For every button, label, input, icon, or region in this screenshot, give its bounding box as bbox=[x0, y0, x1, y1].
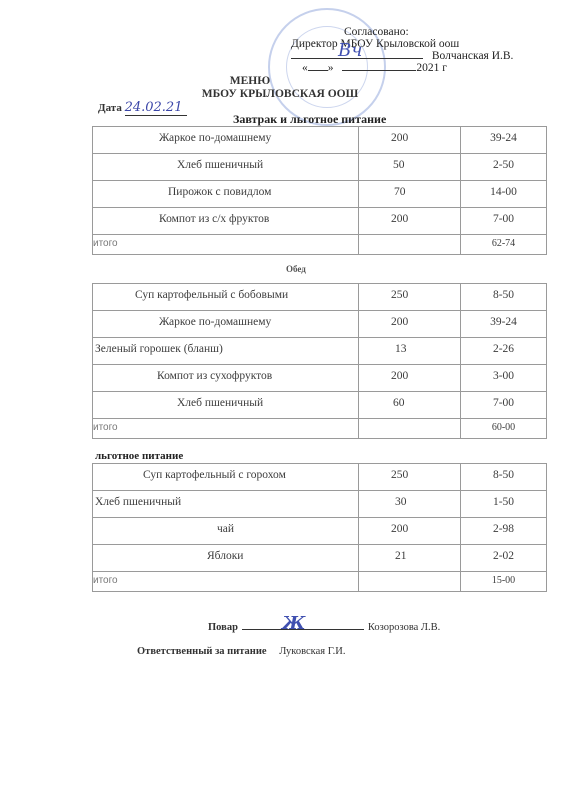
total-label: итого bbox=[93, 235, 359, 255]
total-row: итого 60-00 bbox=[93, 419, 547, 439]
dish-price: 2-98 bbox=[461, 518, 547, 545]
approval-signature-row: Волчанская И.В. bbox=[291, 50, 513, 62]
date-month-line bbox=[342, 70, 416, 71]
dish-price: 1-50 bbox=[461, 491, 547, 518]
total-qty-empty bbox=[359, 572, 461, 592]
cook-name: Козорозова Л.В. bbox=[368, 622, 440, 633]
dish-price: 39-24 bbox=[461, 127, 547, 154]
table-row: Пирожок с повидлом 70 14-00 bbox=[93, 181, 547, 208]
dish-price: 39-24 bbox=[461, 311, 547, 338]
date-quote-open: « bbox=[302, 62, 308, 74]
dish-name: Хлеб пшеничный bbox=[93, 392, 359, 419]
section-title-subsidized: льготное питание bbox=[95, 450, 183, 462]
total-qty-empty bbox=[359, 235, 461, 255]
table-row: Хлеб пшеничный 30 1-50 bbox=[93, 491, 547, 518]
table-row: чай 200 2-98 bbox=[93, 518, 547, 545]
dish-price: 3-00 bbox=[461, 365, 547, 392]
dish-qty: 200 bbox=[359, 208, 461, 235]
table-row: Жаркое по-домашнему 200 39-24 bbox=[93, 311, 547, 338]
dish-qty: 13 bbox=[359, 338, 461, 365]
director-signature: Вч bbox=[338, 40, 362, 61]
dish-name: Зеленый горошек (бланш) bbox=[93, 338, 359, 365]
dish-name: Суп картофельный с бобовыми bbox=[93, 284, 359, 311]
table-row: Хлеб пшеничный 60 7-00 bbox=[93, 392, 547, 419]
dish-name: Яблоки bbox=[93, 545, 359, 572]
table-row: Яблоки 21 2-02 bbox=[93, 545, 547, 572]
date-day-line bbox=[308, 70, 328, 71]
dish-qty: 70 bbox=[359, 181, 461, 208]
dish-name: Жаркое по-домашнему bbox=[93, 127, 359, 154]
approval-signer: Волчанская И.В. bbox=[432, 50, 514, 62]
dish-qty: 200 bbox=[359, 311, 461, 338]
approval-heading: Согласовано: bbox=[344, 26, 409, 38]
dish-price: 2-02 bbox=[461, 545, 547, 572]
dish-price: 14-00 bbox=[461, 181, 547, 208]
section-title-lunch: Обед bbox=[286, 264, 306, 274]
total-qty-empty bbox=[359, 419, 461, 439]
table-row: Зеленый горошек (бланш) 13 2-26 bbox=[93, 338, 547, 365]
dish-name: Пирожок с повидлом bbox=[93, 181, 359, 208]
table-row: Жаркое по-домашнему 200 39-24 bbox=[93, 127, 547, 154]
school-name: МБОУ КРЫЛОВСКАЯ ООШ bbox=[190, 88, 370, 100]
date-quote-close: » bbox=[328, 62, 334, 74]
total-price: 62-74 bbox=[461, 235, 547, 255]
total-label: итого bbox=[93, 419, 359, 439]
table-row: Компот из с/х фруктов 200 7-00 bbox=[93, 208, 547, 235]
dish-qty: 50 bbox=[359, 154, 461, 181]
dish-qty: 200 bbox=[359, 365, 461, 392]
cook-signature: Ж bbox=[282, 613, 306, 634]
responsible-label: Ответственный за питание bbox=[137, 646, 267, 657]
cook-signature-row: ПоварЖКозорозова Л.В. bbox=[208, 622, 440, 633]
breakfast-table: Жаркое по-домашнему 200 39-24 Хлеб пшени… bbox=[92, 126, 547, 255]
dish-price: 8-50 bbox=[461, 284, 547, 311]
dish-name: Компот из сухофруктов bbox=[93, 365, 359, 392]
approval-date-row: «» 2021 г bbox=[302, 62, 447, 74]
dish-price: 2-26 bbox=[461, 338, 547, 365]
dish-price: 7-00 bbox=[461, 392, 547, 419]
total-price: 60-00 bbox=[461, 419, 547, 439]
menu-title: МЕНЮ bbox=[200, 75, 300, 87]
dish-name: чай bbox=[93, 518, 359, 545]
lunch-table: Суп картофельный с бобовыми 250 8-50 Жар… bbox=[92, 283, 547, 439]
table-row: Суп картофельный с горохом 250 8-50 bbox=[93, 464, 547, 491]
date-label: Дата bbox=[98, 102, 122, 114]
dish-price: 8-50 bbox=[461, 464, 547, 491]
table-row: Суп картофельный с бобовыми 250 8-50 bbox=[93, 284, 547, 311]
section-title-breakfast: Завтрак и льготное питание bbox=[233, 112, 386, 127]
date-value: 24.02.21 bbox=[125, 100, 183, 115]
approval-position: Директор МБОУ Крыловской оош bbox=[291, 38, 459, 50]
total-label: итого bbox=[93, 572, 359, 592]
dish-qty: 21 bbox=[359, 545, 461, 572]
table-row: Хлеб пшеничный 50 2-50 bbox=[93, 154, 547, 181]
table-row: Компот из сухофруктов 200 3-00 bbox=[93, 365, 547, 392]
dish-qty: 200 bbox=[359, 518, 461, 545]
dish-qty: 250 bbox=[359, 284, 461, 311]
dish-name: Жаркое по-домашнему bbox=[93, 311, 359, 338]
total-row: итого 62-74 bbox=[93, 235, 547, 255]
responsible-row: Ответственный за питание Луковская Г.И. bbox=[137, 646, 345, 657]
approval-year: 2021 г bbox=[416, 62, 447, 74]
responsible-name: Луковская Г.И. bbox=[279, 646, 345, 657]
subsidized-table: Суп картофельный с горохом 250 8-50 Хлеб… bbox=[92, 463, 547, 592]
dish-qty: 30 bbox=[359, 491, 461, 518]
dish-price: 2-50 bbox=[461, 154, 547, 181]
dish-name: Хлеб пшеничный bbox=[93, 491, 359, 518]
cook-signature-line: Ж bbox=[242, 629, 364, 630]
dish-qty: 250 bbox=[359, 464, 461, 491]
dish-name: Хлеб пшеничный bbox=[93, 154, 359, 181]
dish-name: Компот из с/х фруктов bbox=[93, 208, 359, 235]
dish-qty: 60 bbox=[359, 392, 461, 419]
dish-qty: 200 bbox=[359, 127, 461, 154]
total-price: 15-00 bbox=[461, 572, 547, 592]
date-field: 24.02.21 bbox=[125, 100, 187, 116]
dish-name: Суп картофельный с горохом bbox=[93, 464, 359, 491]
dish-price: 7-00 bbox=[461, 208, 547, 235]
total-row: итого 15-00 bbox=[93, 572, 547, 592]
cook-label: Повар bbox=[208, 622, 238, 633]
date-row: Дата 24.02.21 bbox=[98, 100, 187, 116]
